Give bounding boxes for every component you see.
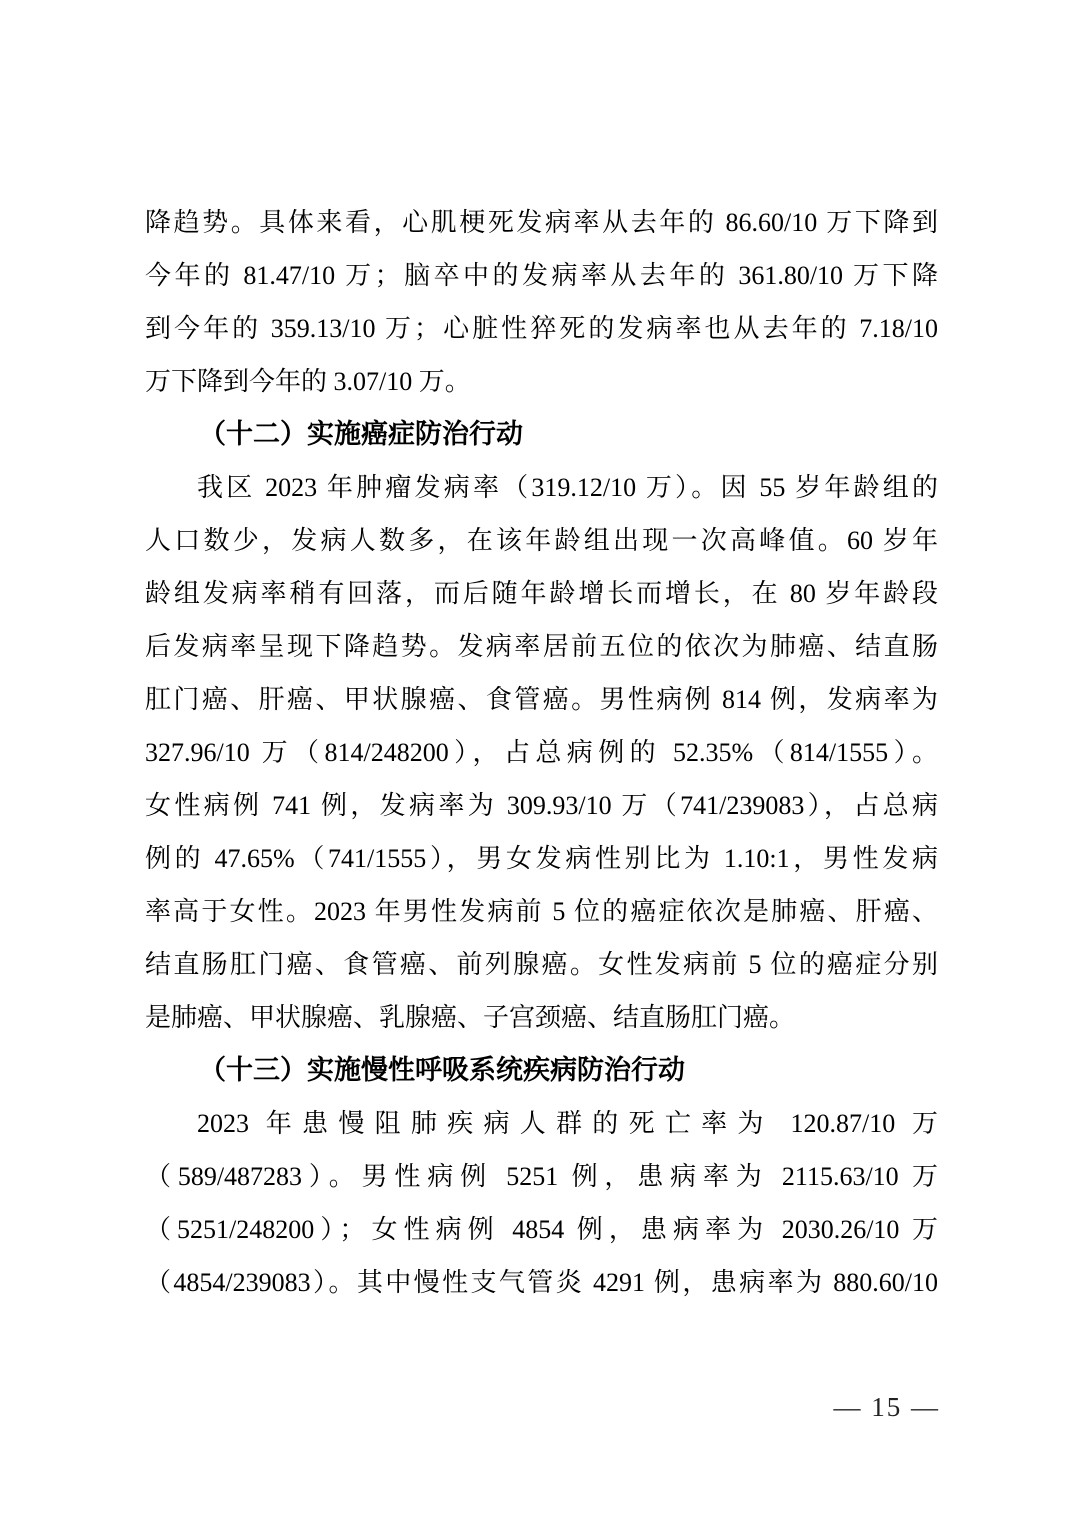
body-line: 今年的 81.47/10 万；脑卒中的发病率从去年的 361.80/10 万下降 — [145, 249, 938, 302]
body-line: 率高于女性。2023 年男性发病前 5 位的癌症依次是肺癌、肝癌、 — [145, 885, 938, 938]
body-line: 后发病率呈现下降趋势。发病率居前五位的依次为肺癌、结直肠 — [145, 620, 938, 673]
body-line: 龄组发病率稍有回落，而后随年龄增长而增长，在 80 岁年龄段 — [145, 567, 938, 620]
body-line: （589/487283）。男性病例 5251 例，患病率为 2115.63/10… — [145, 1150, 938, 1203]
body-line: 327.96/10 万（814/248200），占总病例的 52.35%（814… — [145, 726, 938, 779]
document-body: 降趋势。具体来看，心肌梗死发病率从去年的 86.60/10 万下降到 今年的 8… — [145, 196, 938, 1309]
body-line: 人口数少，发病人数多，在该年龄组出现一次高峰值。60 岁年 — [145, 514, 938, 567]
body-line: 2023 年患慢阻肺疾病人群的死亡率为 120.87/10 万 — [145, 1097, 938, 1150]
body-line: 例的 47.65%（741/1555），男女发病性别比为 1.10:1，男性发病 — [145, 832, 938, 885]
body-line: （4854/239083）。其中慢性支气管炎 4291 例，患病率为 880.6… — [145, 1256, 938, 1309]
body-line: 肛门癌、肝癌、甲状腺癌、食管癌。男性病例 814 例，发病率为 — [145, 673, 938, 726]
body-line: 到今年的 359.13/10 万；心脏性猝死的发病率也从去年的 7.18/10 — [145, 302, 938, 355]
page-number: — 15 — — [834, 1392, 941, 1422]
document-page: 降趋势。具体来看，心肌梗死发病率从去年的 86.60/10 万下降到 今年的 8… — [0, 0, 1074, 1520]
section-heading-12: （十二）实施癌症防治行动 — [145, 408, 938, 461]
section-heading-13: （十三）实施慢性呼吸系统疾病防治行动 — [145, 1044, 938, 1097]
body-line: 女性病例 741 例，发病率为 309.93/10 万（741/239083），… — [145, 779, 938, 832]
body-line: 万下降到今年的 3.07/10 万。 — [145, 355, 938, 408]
body-line: 降趋势。具体来看，心肌梗死发病率从去年的 86.60/10 万下降到 — [145, 196, 938, 249]
body-line: 结直肠肛门癌、食管癌、前列腺癌。女性发病前 5 位的癌症分别 — [145, 938, 938, 991]
body-line: 我区 2023 年肿瘤发病率（319.12/10 万）。因 55 岁年龄组的 — [145, 461, 938, 514]
body-line: 是肺癌、甲状腺癌、乳腺癌、子宫颈癌、结直肠肛门癌。 — [145, 991, 938, 1044]
body-line: （5251/248200）；女性病例 4854 例，患病率为 2030.26/1… — [145, 1203, 938, 1256]
